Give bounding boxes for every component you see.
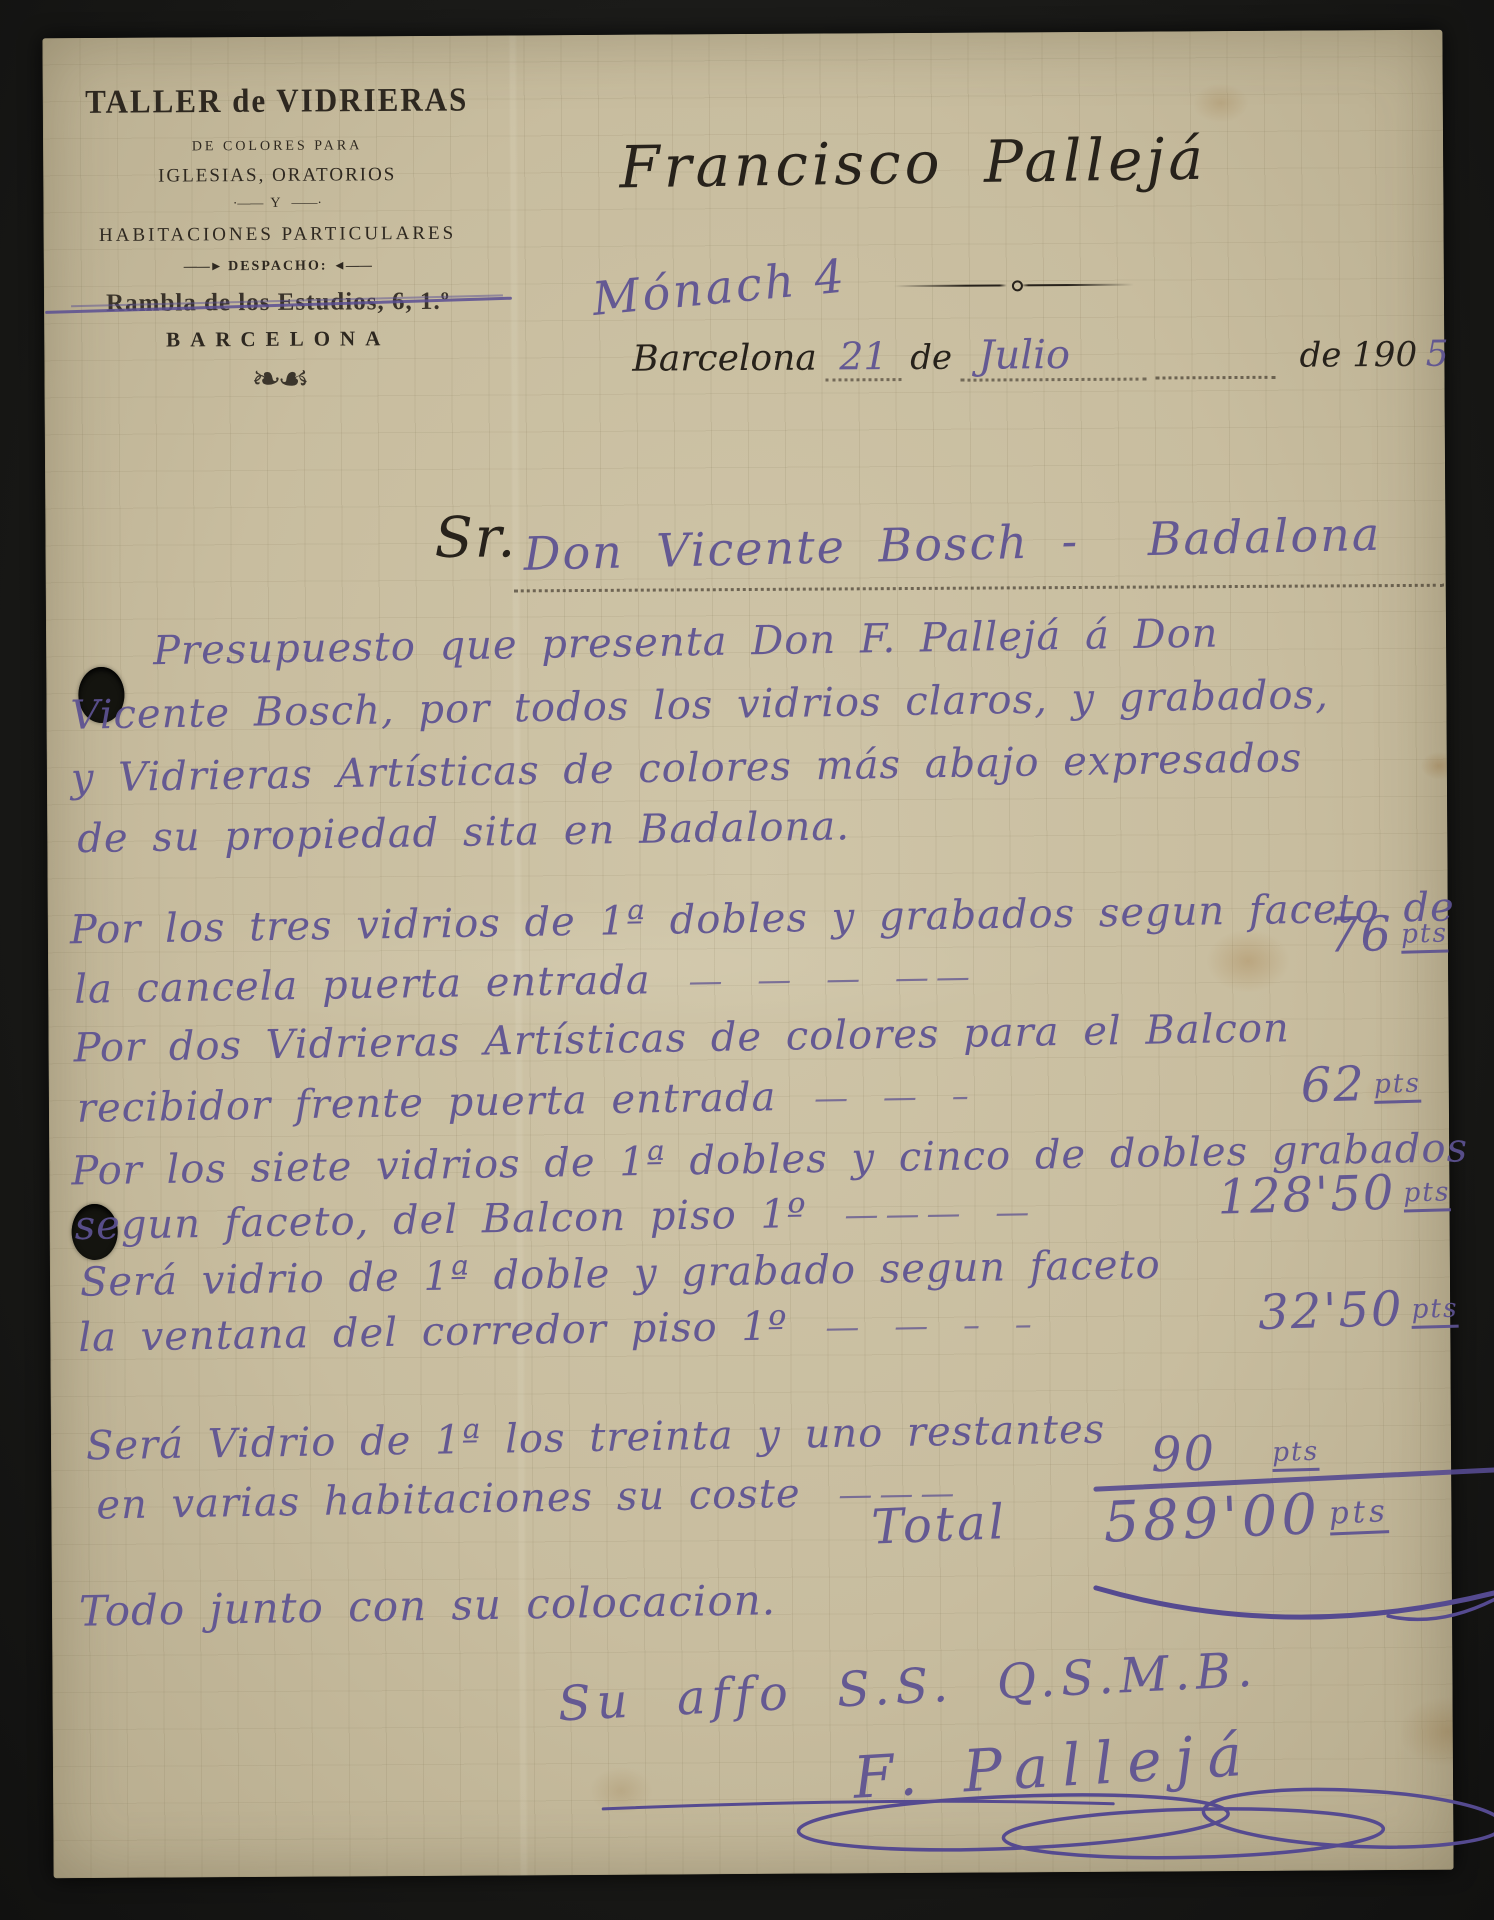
body-line: Vicente Bosch, por todos los vidrios cla… [70, 672, 1329, 739]
item-desc-line: segun faceto, del Balcon piso 1º ——— — [74, 1187, 1036, 1249]
body-line: de su propiedad sita en Badalona. [77, 803, 850, 862]
letterhead-city: BARCELONA [62, 326, 494, 354]
price-unit: pts [1403, 1176, 1451, 1212]
item-desc-text: en varias habitaciones su coste [96, 1471, 801, 1529]
dash-leader: — — – [814, 1076, 976, 1119]
date-day: 21 [825, 334, 902, 381]
footer-note: Todo junto con su colocacion. [79, 1575, 777, 1636]
item-price: 90pts [1150, 1423, 1320, 1484]
price-value: 32'50 [1257, 1281, 1404, 1341]
scrollwork-flourish-icon: ❧☙ [62, 357, 494, 402]
letterhead-subtitle-colores: DE COLORES PARA [61, 138, 493, 157]
letterhead-address: Rambla de los Estudios, 6, 1.º [62, 288, 494, 319]
price-unit: pts [1373, 1067, 1421, 1103]
handwritten-annotation: Mónach 4 [590, 248, 849, 326]
date-de: de [910, 338, 952, 378]
total-underline-flourish [1088, 1571, 1494, 1652]
total-amount-unit: pts [1328, 1494, 1389, 1536]
letterhead-title: TALLER de VIDRIERAS [61, 80, 493, 122]
date-month: Julio [960, 332, 1146, 382]
date-year-printed: de 190 [1299, 335, 1417, 376]
ornament-divider [894, 284, 1134, 287]
item-desc-line: en varias habitaciones su coste ——— [96, 1468, 962, 1528]
business-name: Francisco Pallejá [583, 124, 1244, 202]
item-desc-text: segun faceto, del Balcon piso 1º [74, 1191, 807, 1249]
price-unit: pts [1411, 1292, 1459, 1328]
closing-salutation: Su affo S.S. Q.S.M.B. [557, 1642, 1260, 1733]
body-line: Presupuesto que presenta Don F. Pallejá … [153, 611, 1219, 675]
item-desc-text: la cancela puerta entrada [74, 957, 651, 1013]
item-desc-text: recibidor frente puerta entrada [77, 1074, 777, 1132]
ornament-left-icon: ·—— [233, 195, 263, 210]
ornament-y-row: ·—— Y ——· [61, 194, 493, 214]
price-value: 62 [1300, 1056, 1367, 1114]
ornament-arrow-left-icon: ◄—— [333, 257, 372, 272]
item-price: 62pts [1300, 1055, 1422, 1114]
dash-leader: — — – – [825, 1304, 1039, 1348]
item-price: 32'50pts [1257, 1280, 1459, 1341]
signature-rubric-flourish [593, 1767, 1494, 1873]
scanned-letter-photo: { "letterhead": { "title": "TALLER de VI… [0, 0, 1494, 1920]
item-desc-line: la ventana del corredor piso 1º — — – – [78, 1299, 1039, 1361]
total-amount: 589'00pts [1102, 1479, 1390, 1556]
item-desc-line: Será vidrio de 1ª doble y grabado segun … [80, 1242, 1161, 1306]
recipient-salutation: Sr. [434, 505, 517, 571]
date-line: Barcelona 21 de Julio de 190 5 [632, 330, 1448, 384]
despacho-row: ——► DESPACHO: ◄—— [62, 257, 494, 277]
item-desc-line: la cancela puerta entrada — — — —— [74, 952, 977, 1013]
ornament-right-icon: ——· [291, 195, 321, 210]
dash-leader: ——— — [844, 1192, 1036, 1235]
letterhead-subtitle-iglesias: IGLESIAS, ORATORIOS [61, 164, 493, 189]
despacho-label: DESPACHO: [228, 259, 328, 275]
item-price: 128'50pts [1217, 1163, 1451, 1225]
price-unit: pts [1401, 917, 1449, 953]
document-paper: TALLER de VIDRIERAS DE COLORES PARA IGLE… [42, 30, 1453, 1879]
item-desc-text: la ventana del corredor piso 1º [78, 1303, 788, 1361]
item-desc-line: Será Vidrio de 1ª los treinta y uno rest… [86, 1406, 1106, 1469]
letterhead-subtitle-habitaciones: HABITACIONES PARTICULARES [62, 223, 494, 248]
item-desc-line: Por dos Vidrieras Artísticas de colores … [73, 1005, 1290, 1071]
price-value: 76 [1327, 906, 1394, 964]
item-price: 76pts [1327, 904, 1449, 963]
price-value: 90 [1150, 1426, 1217, 1484]
ornament-arrow-right-icon: ——► [184, 258, 223, 273]
item-desc-line: Por los tres vidrios de 1ª dobles y grab… [69, 884, 1455, 953]
date-year-digit: 5 [1426, 334, 1449, 375]
date-city: Barcelona [632, 338, 817, 380]
letterhead: TALLER de VIDRIERAS DE COLORES PARA IGLE… [61, 82, 495, 402]
price-value: 128'50 [1217, 1165, 1396, 1226]
total-label: Total [870, 1494, 1008, 1556]
letterhead-conjunction: Y [270, 196, 284, 211]
total-amount-value: 589'00 [1102, 1482, 1322, 1556]
item-desc-line: recibidor frente puerta entrada — — – [77, 1071, 976, 1132]
dotted-rule [1155, 338, 1275, 380]
dash-leader: — — — —— [688, 957, 977, 1002]
body-line: y Vidrieras Artísticas de colores más ab… [71, 735, 1303, 801]
price-unit: pts [1272, 1435, 1320, 1471]
recipient-dotted-rule [514, 550, 1444, 593]
divider-dot-icon [1011, 280, 1022, 291]
